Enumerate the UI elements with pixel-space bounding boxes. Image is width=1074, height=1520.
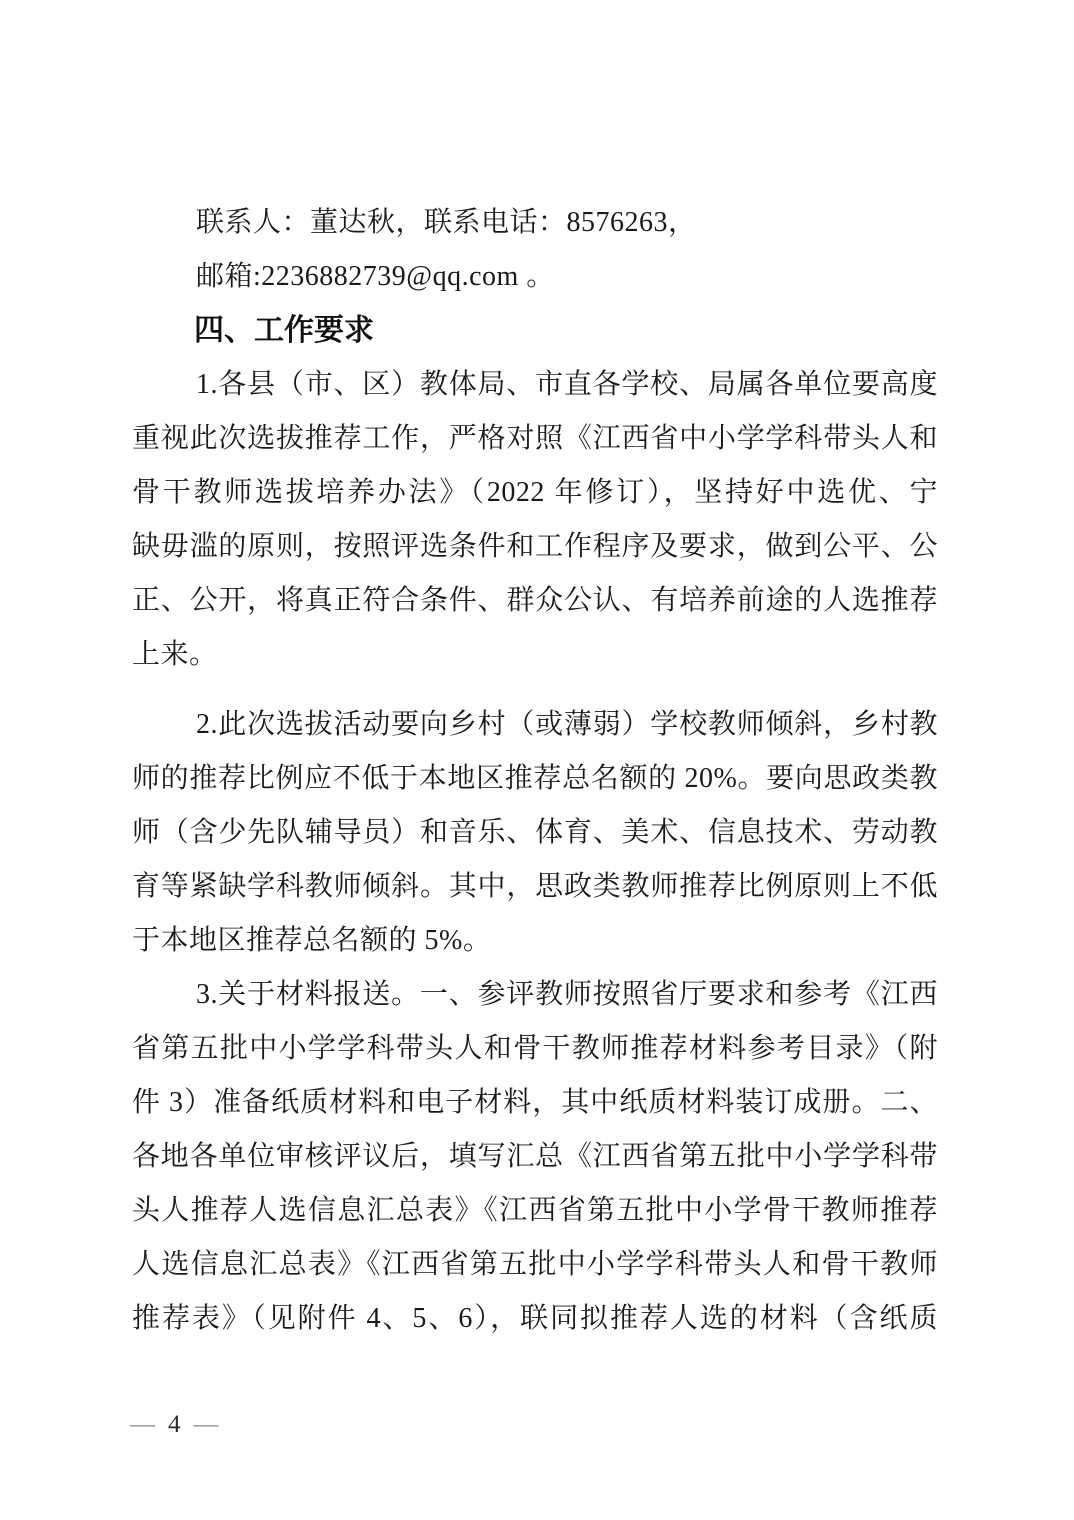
text-line: 师（含少先队辅导员）和音乐、体育、美术、信息技术、劳动教 (132, 806, 938, 860)
text-line: 省第五批中小学学科带头人和骨干教师推荐材料参考目录》（附 (132, 1022, 938, 1076)
page-number: —4— (130, 1410, 220, 1440)
footer-dash-right: — (194, 1411, 220, 1438)
text-line: 上来。 (132, 628, 938, 682)
document-page: 联系人：董达秋，联系电话：8576263， 邮箱:2236882739@qq.c… (0, 0, 1074, 1520)
footer-dash-left: — (130, 1411, 156, 1438)
text-line: 件 3）准备纸质材料和电子材料，其中纸质材料装订成册。二、 (132, 1076, 938, 1130)
section-heading: 四、工作要求 (132, 304, 938, 358)
text-line: 1.各县（市、区）教体局、市直各学校、局属各单位要高度 (132, 358, 938, 412)
text-line: 人选信息汇总表》《江西省第五批中小学学科带头人和骨干教师 (132, 1238, 938, 1292)
footer-page-number: 4 (156, 1411, 194, 1438)
paragraph-3: 3.关于材料报送。一、参评教师按照省厅要求和参考《江西 省第五批中小学学科带头人… (132, 968, 938, 1346)
text-line: 推荐表》（见附件 4、5、6），联同拟推荐人选的材料（含纸质 (132, 1292, 938, 1346)
text-line: 各地各单位审核评议后，填写汇总《江西省第五批中小学学科带 (132, 1130, 938, 1184)
text-line: 育等紧缺学科教师倾斜。其中，思政类教师推荐比例原则上不低 (132, 860, 938, 914)
paragraph-1: 1.各县（市、区）教体局、市直各学校、局属各单位要高度 重视此次选拔推荐工作，严… (132, 358, 938, 682)
text-line: 于本地区推荐总名额的 5%。 (132, 914, 938, 968)
text-line: 3.关于材料报送。一、参评教师按照省厅要求和参考《江西 (132, 968, 938, 1022)
text-line: 重视此次选拔推荐工作，严格对照《江西省中小学学科带头人和 (132, 412, 938, 466)
text-line: 师的推荐比例应不低于本地区推荐总名额的 20%。要向思政类教 (132, 752, 938, 806)
text-line: 正、公开，将真正符合条件、群众公认、有培养前途的人选推荐 (132, 574, 938, 628)
contact-email-line: 邮箱:2236882739@qq.com 。 (132, 250, 938, 304)
contact-info-line: 联系人：董达秋，联系电话：8576263， (132, 196, 938, 250)
text-line: 骨干教师选拔培养办法》（2022 年修订），坚持好中选优、宁 (132, 466, 938, 520)
text-line: 头人推荐人选信息汇总表》《江西省第五批中小学骨干教师推荐 (132, 1184, 938, 1238)
document-body: 联系人：董达秋，联系电话：8576263， 邮箱:2236882739@qq.c… (132, 196, 938, 1346)
paragraph-2: 2.此次选拔活动要向乡村（或薄弱）学校教师倾斜，乡村教 师的推荐比例应不低于本地… (132, 698, 938, 968)
text-line: 缺毋滥的原则，按照评选条件和工作程序及要求，做到公平、公 (132, 520, 938, 574)
text-line: 2.此次选拔活动要向乡村（或薄弱）学校教师倾斜，乡村教 (132, 698, 938, 752)
